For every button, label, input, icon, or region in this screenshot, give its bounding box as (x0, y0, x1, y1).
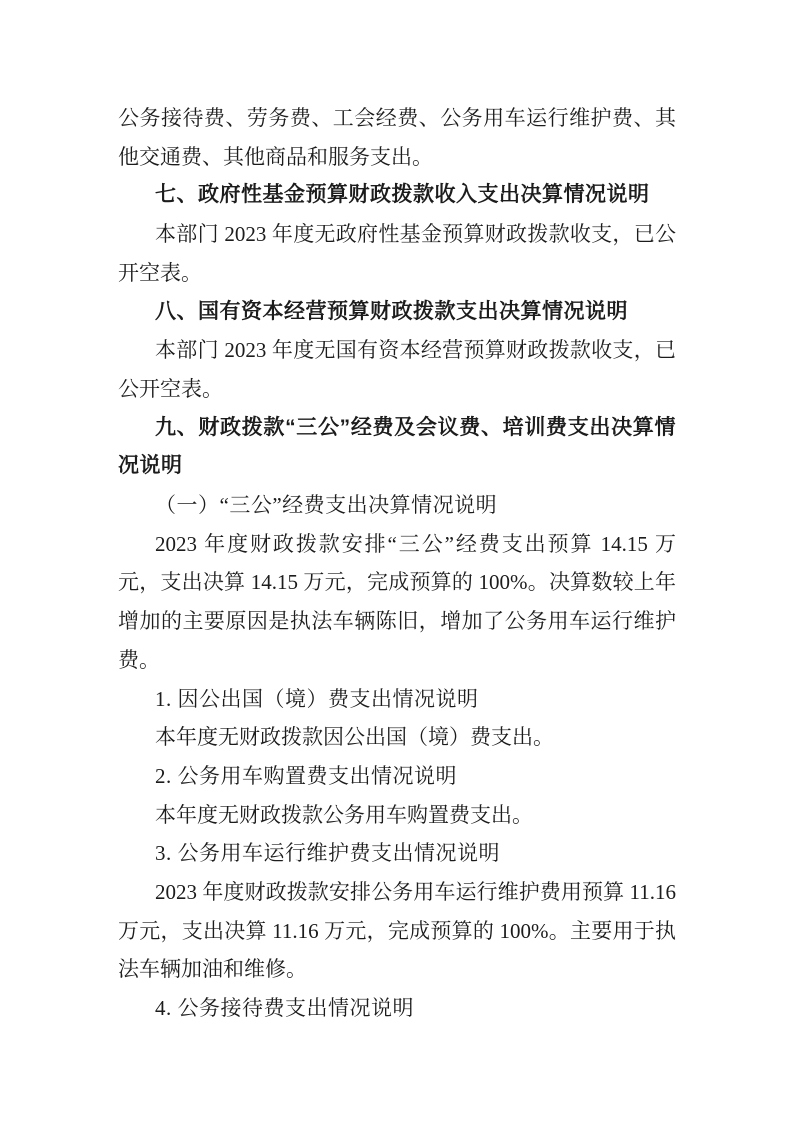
paragraph-overseas-trips-none: 本年度无财政拨款因公出国（境）费支出。 (118, 718, 676, 757)
subheading-overseas-trips: 1. 因公出国（境）费支出情况说明 (118, 680, 676, 719)
paragraph-three-public-budget: 2023 年度财政拨款安排“三公”经费支出预算 14.15 万元，支出决算 14… (118, 525, 676, 680)
subheading-official-reception: 4. 公务接待费支出情况说明 (118, 989, 676, 1028)
heading-section-seven: 七、政府性基金预算财政拨款收入支出决算情况说明 (118, 176, 676, 215)
heading-section-nine: 九、财政拨款“三公”经费及会议费、培训费支出决算情况说明 (118, 409, 676, 486)
subheading-vehicle-maintenance: 3. 公务用车运行维护费支出情况说明 (118, 834, 676, 873)
subheading-vehicle-purchase: 2. 公务用车购置费支出情况说明 (118, 757, 676, 796)
heading-section-eight: 八、国有资本经营预算财政拨款支出决算情况说明 (118, 293, 676, 332)
paragraph-state-capital-empty: 本部门 2023 年度无国有资本经营预算财政拨款收支，已公开空表。 (118, 331, 676, 408)
paragraph-gov-fund-empty: 本部门 2023 年度无政府性基金预算财政拨款收支，已公开空表。 (118, 215, 676, 292)
document-page: 公务接待费、劳务费、工会经费、公务用车运行维护费、其他交通费、其他商品和服务支出… (0, 0, 793, 1122)
subheading-three-public-expense: （一）“三公”经费支出决算情况说明 (118, 486, 676, 525)
paragraph-vehicle-maintenance: 2023 年度财政拨款安排公务用车运行维护费用预算 11.16 万元，支出决算 … (118, 873, 676, 989)
paragraph-vehicle-purchase-none: 本年度无财政拨款公务用车购置费支出。 (118, 796, 676, 835)
paragraph-expense-categories: 公务接待费、劳务费、工会经费、公务用车运行维护费、其他交通费、其他商品和服务支出… (118, 99, 676, 176)
